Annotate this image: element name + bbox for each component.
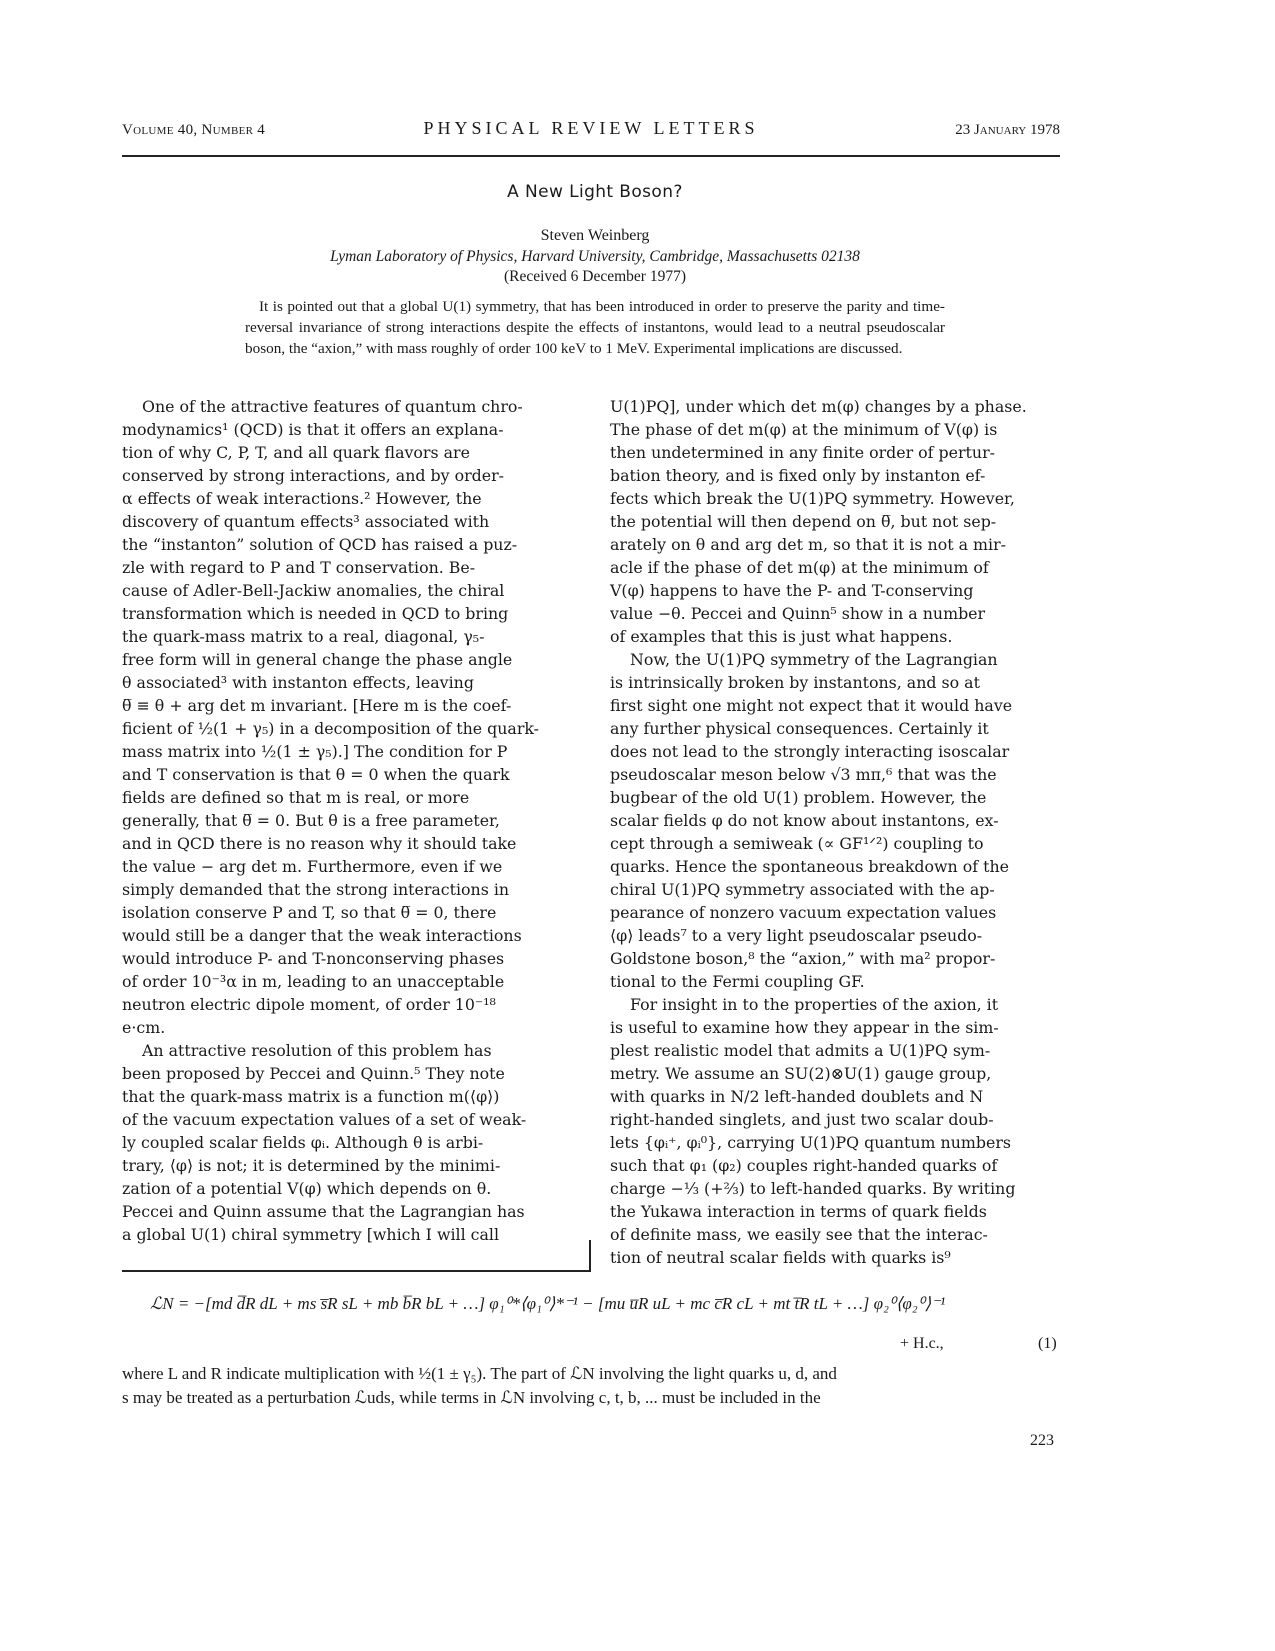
post-equation-text: where L and R indicate multiplication wi… xyxy=(122,1362,1067,1410)
text-line: with quarks in N/2 left-handed doublets … xyxy=(610,1085,1062,1108)
text-line: the “instanton” solution of QCD has rais… xyxy=(122,533,574,556)
text-line: the potential will then depend on θ̅, bu… xyxy=(610,510,1062,533)
column-end-rule xyxy=(122,1270,590,1272)
text-line: bation theory, and is fixed only by inst… xyxy=(610,464,1062,487)
text-line: ⟨φ⟩ leads⁷ to a very light pseudoscalar … xyxy=(610,924,1062,947)
text-line: then undetermined in any finite order of… xyxy=(610,441,1062,464)
journal-name: PHYSICAL REVIEW LETTERS xyxy=(122,118,1060,139)
text-line: θ̅ ≡ θ + arg det m invariant. [Here m is… xyxy=(122,694,574,717)
text-line: cause of Adler-Bell-Jackiw anomalies, th… xyxy=(122,579,574,602)
text-line: neutron electric dipole moment, of order… xyxy=(122,993,574,1016)
text-line: discovery of quantum effects³ associated… xyxy=(122,510,574,533)
text-line: would introduce P- and T-nonconserving p… xyxy=(122,947,574,970)
text-line: been proposed by Peccei and Quinn.⁵ They… xyxy=(122,1062,574,1085)
text-line: that the quark-mass matrix is a function… xyxy=(122,1085,574,1108)
equation-1: ℒN = −[md d̅R dL + ms s̅R sL + mb b̅R bL… xyxy=(150,1294,1065,1314)
text-line: transformation which is needed in QCD to… xyxy=(122,602,574,625)
header-rule xyxy=(122,155,1060,157)
author-name: Steven Weinberg xyxy=(0,227,1190,245)
text-line: right-handed singlets, and just two scal… xyxy=(610,1108,1062,1131)
text-line: first sight one might not expect that it… xyxy=(610,694,1062,717)
text-line: Goldstone boson,⁸ the “axion,” with ma² … xyxy=(610,947,1062,970)
text-line: the Yukawa interaction in terms of quark… xyxy=(610,1200,1062,1223)
running-head: Volume 40, Number 4 PHYSICAL REVIEW LETT… xyxy=(122,118,1060,144)
text-line: quarks. Hence the spontaneous breakdown … xyxy=(610,855,1062,878)
text-line: modynamics¹ (QCD) is that it offers an e… xyxy=(122,418,574,441)
author-affiliation: Lyman Laboratory of Physics, Harvard Uni… xyxy=(0,248,1190,266)
column-end-rule-vertical xyxy=(589,1240,591,1272)
text-line: θ associated³ with instanton effects, le… xyxy=(122,671,574,694)
text-line: of definite mass, we easily see that the… xyxy=(610,1223,1062,1246)
abstract: It is pointed out that a global U(1) sym… xyxy=(245,296,945,359)
text-line: such that φ₁ (φ₂) couples right-handed q… xyxy=(610,1154,1062,1177)
text-line: chiral U(1)PQ symmetry associated with t… xyxy=(610,878,1062,901)
text-line: of order 10⁻³α in m, leading to an unacc… xyxy=(122,970,574,993)
text-line: Now, the U(1)PQ symmetry of the Lagrangi… xyxy=(610,648,1062,671)
text-line: and in QCD there is no reason why it sho… xyxy=(122,832,574,855)
text-line: For insight in to the properties of the … xyxy=(610,993,1062,1016)
journal-page: Volume 40, Number 4 PHYSICAL REVIEW LETT… xyxy=(0,0,1275,1651)
text-line: pearance of nonzero vacuum expectation v… xyxy=(610,901,1062,924)
text-line: simply demanded that the strong interact… xyxy=(122,878,574,901)
text-line: value −θ. Peccei and Quinn⁵ show in a nu… xyxy=(610,602,1062,625)
text-line: cept through a semiweak (∝ GF¹ᐟ²) coupli… xyxy=(610,832,1062,855)
text-line: the quark-mass matrix to a real, diagona… xyxy=(122,625,574,648)
text-line: mass matrix into ½(1 ± γ₅).] The conditi… xyxy=(122,740,574,763)
text-line: Peccei and Quinn assume that the Lagrang… xyxy=(122,1200,574,1223)
text-line: metry. We assume an SU(2)⊗U(1) gauge gro… xyxy=(610,1062,1062,1085)
text-line: plest realistic model that admits a U(1)… xyxy=(610,1039,1062,1062)
text-line: The phase of det m(φ) at the minimum of … xyxy=(610,418,1062,441)
text-line: acle if the phase of det m(φ) at the min… xyxy=(610,556,1062,579)
text-line: would still be a danger that the weak in… xyxy=(122,924,574,947)
text-line: any further physical consequences. Certa… xyxy=(610,717,1062,740)
text-line: bugbear of the old U(1) problem. However… xyxy=(610,786,1062,809)
article-title: A New Light Boson? xyxy=(0,182,1190,202)
text-line: is useful to examine how they appear in … xyxy=(610,1016,1062,1039)
text-line: arately on θ and arg det m, so that it i… xyxy=(610,533,1062,556)
text-line: of the vacuum expectation values of a se… xyxy=(122,1108,574,1131)
text-line: pseudoscalar meson below √3 mπ,⁶ that wa… xyxy=(610,763,1062,786)
text-line: isolation conserve P and T, so that θ̅ =… xyxy=(122,901,574,924)
text-line: and T conservation is that θ = 0 when th… xyxy=(122,763,574,786)
text-line: zle with regard to P and T conservation.… xyxy=(122,556,574,579)
received-date: (Received 6 December 1977) xyxy=(0,268,1190,286)
text-line: is intrinsically broken by instantons, a… xyxy=(610,671,1062,694)
text-line: of examples that this is just what happe… xyxy=(610,625,1062,648)
text-line: V(φ) happens to have the P- and T-conser… xyxy=(610,579,1062,602)
text-line: a global U(1) chiral symmetry [which I w… xyxy=(122,1223,574,1246)
text-line: tional to the Fermi coupling GF. xyxy=(610,970,1062,993)
equation-tail: + H.c., xyxy=(900,1335,944,1353)
text-line: the value − arg det m. Furthermore, even… xyxy=(122,855,574,878)
text-line: generally, that θ̅ = 0. But θ is a free … xyxy=(122,809,574,832)
text-line: charge −⅓ (+⅔) to left-handed quarks. By… xyxy=(610,1177,1062,1200)
issue-date: 23 January 1978 xyxy=(955,122,1060,139)
text-line: zation of a potential V(φ) which depends… xyxy=(122,1177,574,1200)
text-line: ficient of ½(1 + γ₅) in a decomposition … xyxy=(122,717,574,740)
equation-number: (1) xyxy=(1038,1335,1057,1353)
left-column: One of the attractive features of quantu… xyxy=(122,395,574,1246)
text-line: fects which break the U(1)PQ symmetry. H… xyxy=(610,487,1062,510)
text-line: lets {φᵢ⁺, φᵢ⁰}, carrying U(1)PQ quantum… xyxy=(610,1131,1062,1154)
right-column: U(1)PQ], under which det m(φ) changes by… xyxy=(610,395,1062,1269)
text-line: An attractive resolution of this problem… xyxy=(122,1039,574,1062)
text-line: scalar fields φ do not know about instan… xyxy=(610,809,1062,832)
text-line: One of the attractive features of quantu… xyxy=(122,395,574,418)
text-line: where L and R indicate multiplication wi… xyxy=(122,1362,1067,1386)
text-line: s may be treated as a perturbation ℒuds,… xyxy=(122,1386,1067,1410)
text-line: does not lead to the strongly interactin… xyxy=(610,740,1062,763)
text-line: α effects of weak interactions.² However… xyxy=(122,487,574,510)
text-line: tion of why C, P, T, and all quark flavo… xyxy=(122,441,574,464)
text-line: tion of neutral scalar fields with quark… xyxy=(610,1246,1062,1269)
text-line: fields are defined so that m is real, or… xyxy=(122,786,574,809)
text-line: conserved by strong interactions, and by… xyxy=(122,464,574,487)
text-line: ly coupled scalar fields φᵢ. Although θ … xyxy=(122,1131,574,1154)
text-line: free form will in general change the pha… xyxy=(122,648,574,671)
text-line: trary, ⟨φ⟩ is not; it is determined by t… xyxy=(122,1154,574,1177)
text-line: e·cm. xyxy=(122,1016,574,1039)
text-line: U(1)PQ], under which det m(φ) changes by… xyxy=(610,395,1062,418)
page-number: 223 xyxy=(1030,1432,1054,1450)
